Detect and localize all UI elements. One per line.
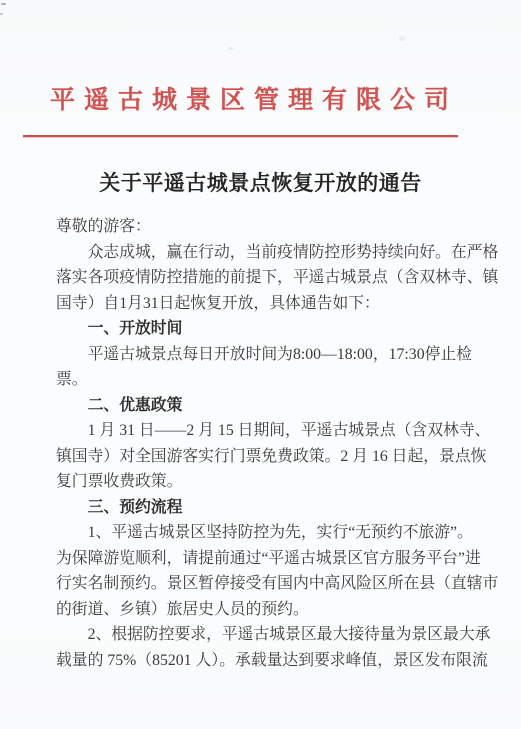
body-text-line: 1、平遥古城景区坚持防控为先，实行“无预约不旅游”。 <box>56 520 506 546</box>
body-text-line: 行实名制预约。景区暂停接受有国内中高风险区所在县（直辖市 <box>56 571 506 597</box>
letterhead-company-name: 平遥古城景区管理有限公司 <box>0 87 508 114</box>
body-text-line: 国寺）自1月31日起恢复开放，具体通告如下： <box>56 291 506 317</box>
body-text-line: 1 月 31 日——2 月 15 日期间，平遥古城景点（含双林寺、 <box>56 418 506 444</box>
scan-speck <box>1 3 6 5</box>
body-text-line: 2、根据防控要求，平遥古城景区最大接待量为景区最大承 <box>56 622 506 648</box>
body-text-line: 为保障游览顺利，请提前通过“平遥古城景区官方服务平台”进 <box>56 546 506 572</box>
body-text-line: 镇国寺）对全国游客实行门票免费政策。2 月 16 日起，景点恢 <box>56 444 506 470</box>
section-heading: 一、开放时间 <box>56 316 506 342</box>
body-blocks: 众志成城，赢在行动，当前疫情防控形势持续向好。在严格落实各项疫情防控措施的前提下… <box>56 240 506 674</box>
section-heading: 三、预约流程 <box>56 495 506 521</box>
body-text-line: 票。 <box>56 367 506 393</box>
section-heading: 二、优惠政策 <box>56 393 506 419</box>
body-text-line: 众志成城，赢在行动，当前疫情防控形势持续向好。在严格 <box>56 240 506 266</box>
body-text-line: 的街道、乡镇）旅居史人员的预约。 <box>56 597 506 623</box>
scanned-notice-page: 平遥古城景区管理有限公司 关于平遥古城景点恢复开放的通告 尊敬的游客： 众志成城… <box>0 0 521 729</box>
scan-speck <box>399 36 406 41</box>
body-text-line: 载量的 75%（85201 人）。承载量达到要求峰值，景区发布限流 <box>56 648 506 674</box>
letterhead-divider-rule <box>23 135 458 137</box>
scan-speck <box>228 47 233 50</box>
scan-speck <box>0 13 3 15</box>
body-text-line: 落实各项疫情防控措施的前提下，平遥古城景点（含双林寺、镇 <box>56 265 506 291</box>
document-body: 尊敬的游客： 众志成城，赢在行动，当前疫情防控形势持续向好。在严格落实各项疫情防… <box>56 214 506 673</box>
body-text-line: 平遥古城景点每日开放时间为8:00—18:00，17:30停止检 <box>56 342 506 368</box>
body-text-line: 复门票收费政策。 <box>56 469 506 495</box>
document-title: 关于平遥古城景点恢复开放的通告 <box>0 167 521 197</box>
salutation: 尊敬的游客： <box>56 214 506 240</box>
